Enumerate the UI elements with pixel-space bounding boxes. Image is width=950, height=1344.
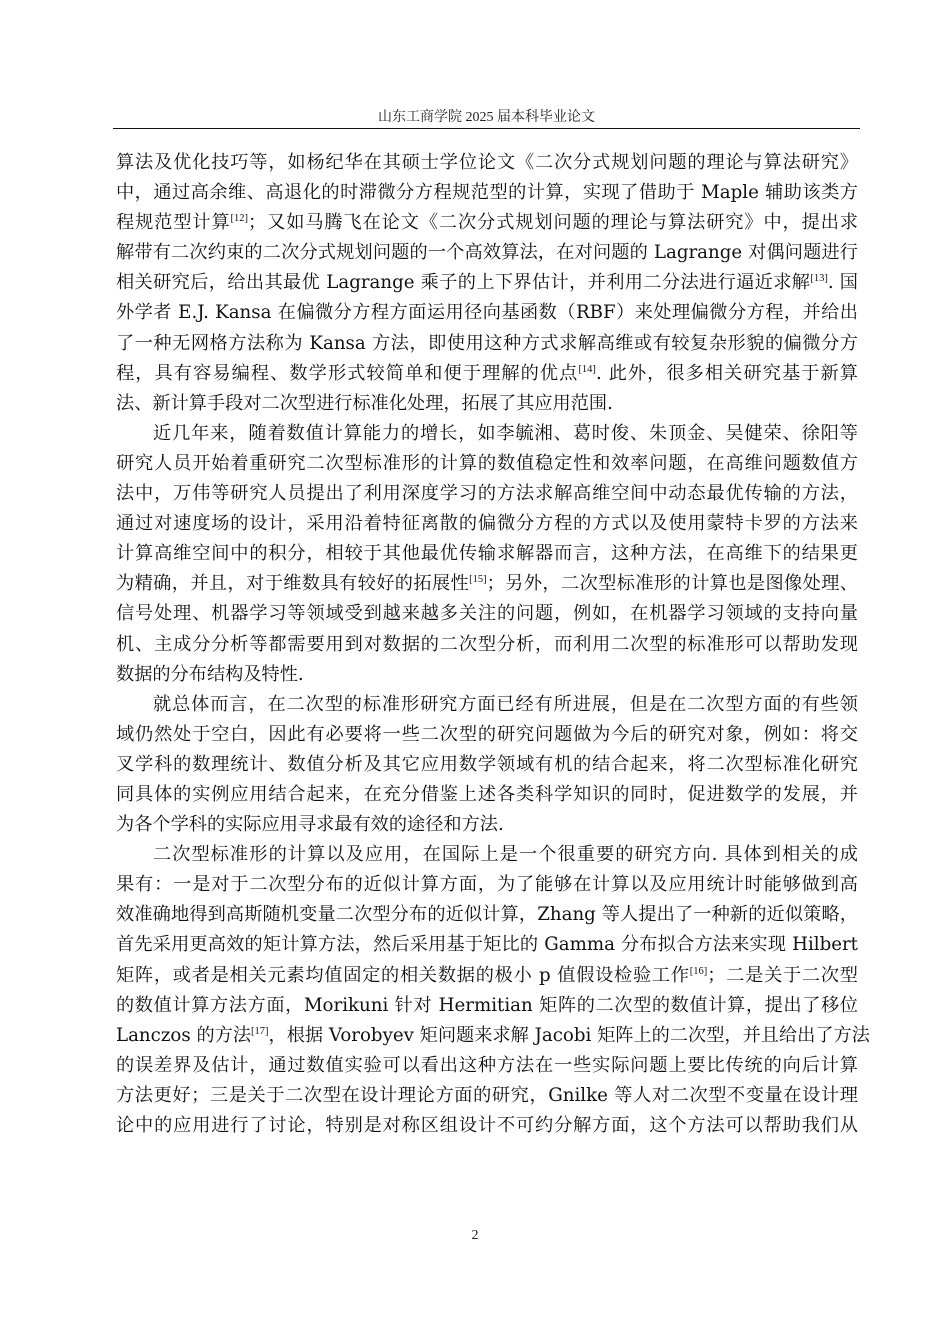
text-run: 法中，万伟等研究人员提出了利用深度学习的方法求解高维空间中动态最优传输的方法， [116, 483, 858, 504]
text-run: 同具体的实例应用结合起来，在充分借鉴上述各类科学知识的同时，促进数学的发展，并 [116, 784, 858, 805]
text-line: 论中的应用进行了讨论，特别是对称区组设计不可约分解方面，这个方法可以帮助我们从 [116, 1111, 858, 1141]
citation-ref: [15] [469, 574, 487, 585]
text-run: 数据的分布结构及特性. [116, 664, 304, 685]
header-rule [113, 128, 860, 129]
text-run: 程，具有容易编程、数学形式较简单和便于理解的优点 [116, 363, 578, 384]
text-run: 效准确地得到高斯随机变量二次型分布的近似计算，Zhang 等人提出了一种新的近似… [116, 904, 858, 925]
text-line: 信号处理、机器学习等领域受到越来越多关注的问题，例如，在机器学习领域的支持向量 [116, 599, 858, 629]
text-run: 研究人员开始着重研究二次型标准形的计算的数值稳定性和效率问题，在高维问题数值方 [116, 453, 858, 474]
text-run: 解带有二次约束的二次分式规划问题的一个高效算法，在对问题的 Lagrange 对… [116, 242, 858, 263]
text-run: . 此外，很多相关研究基于新算 [596, 363, 858, 384]
citation-ref: [17] [251, 1026, 269, 1037]
citation-ref: [14] [578, 364, 596, 375]
text-line: 近几年来，随着数值计算能力的增长，如李毓湘、葛时俊、朱顶金、吴健荣、徐阳等 [116, 419, 858, 449]
body-text: 算法及优化技巧等，如杨纪华在其硕士学位论文《二次分式规划问题的理论与算法研究》中… [116, 148, 858, 1141]
text-run: 方法更好；三是关于二次型在设计理论方面的研究，Gnilke 等人对二次型不变量在… [116, 1085, 858, 1106]
text-run: 就总体而言，在二次型的标准形研究方面已经有所进展，但是在二次型方面的有些领 [153, 694, 858, 715]
text-run: 的误差界及估计，通过数值实验可以看出这种方法在一些实际问题上要比传统的向后计算 [116, 1055, 858, 1076]
text-line: 算法及优化技巧等，如杨纪华在其硕士学位论文《二次分式规划问题的理论与算法研究》 [116, 148, 858, 178]
text-run: 二次型标准形的计算以及应用，在国际上是一个很重要的研究方向. 具体到相关的成 [153, 844, 858, 865]
text-line: 叉学科的数理统计、数值分析及其它应用数学领域有机的结合起来，将二次型标准化研究 [116, 750, 858, 780]
text-run: 为各个学科的实际应用寻求最有效的途径和方法. [116, 814, 504, 835]
text-run: 中，通过高余维、高退化的时滞微分方程规范型的计算，实现了借助于 Maple 辅助… [116, 182, 858, 203]
text-line: 机、主成分分析等都需要用到对数据的二次型分析，而利用二次型的标准形可以帮助发现 [116, 630, 858, 660]
text-line: 外学者 E.J. Kansa 在偏微分方程方面运用径向基函数（RBF）来处理偏微… [116, 298, 858, 328]
text-run: 相关研究后，给出其最优 Lagrange 乘子的上下界估计，并利用二分法进行逼近… [116, 272, 810, 293]
text-run: 信号处理、机器学习等领域受到越来越多关注的问题，例如，在机器学习领域的支持向量 [116, 603, 858, 624]
text-line: 二次型标准形的计算以及应用，在国际上是一个很重要的研究方向. 具体到相关的成 [116, 840, 858, 870]
page-number: 2 [0, 1228, 950, 1244]
text-run: ；又如马腾飞在论文《二次分式规划问题的理论与算法研究》中，提出求 [248, 212, 858, 233]
running-header: 山东工商学院 2025 届本科毕业论文 [113, 106, 860, 126]
text-run: 了一种无网格方法称为 Kansa 方法，即使用这种方式求解高维或有较复杂形貌的偏… [116, 333, 858, 354]
text-line: 计算高维空间中的积分，相较于其他最优传输求解器而言，这种方法，在高维下的结果更 [116, 539, 858, 569]
text-line: 为各个学科的实际应用寻求最有效的途径和方法. [116, 810, 858, 840]
text-run: 计算高维空间中的积分，相较于其他最优传输求解器而言，这种方法，在高维下的结果更 [116, 543, 858, 564]
text-line: 效准确地得到高斯随机变量二次型分布的近似计算，Zhang 等人提出了一种新的近似… [116, 900, 858, 930]
text-run: 为精确，并且，对于维数具有较好的拓展性 [116, 573, 469, 594]
text-run: 法、新计算手段对二次型进行标准化处理，拓展了其应用范围. [116, 393, 613, 414]
text-run: 机、主成分分析等都需要用到对数据的二次型分析，而利用二次型的标准形可以帮助发现 [116, 634, 858, 655]
text-line: 方法更好；三是关于二次型在设计理论方面的研究，Gnilke 等人对二次型不变量在… [116, 1081, 858, 1111]
text-line: 中，通过高余维、高退化的时滞微分方程规范型的计算，实现了借助于 Maple 辅助… [116, 178, 858, 208]
text-line: Lanczos 的方法[17]，根据 Vorobyev 矩问题来求解 Jacob… [116, 1021, 858, 1051]
text-run: 果有：一是对于二次型分布的近似计算方面，为了能够在计算以及应用统计时能够做到高 [116, 874, 858, 895]
text-run: . 国 [828, 272, 858, 293]
text-run: 外学者 E.J. Kansa 在偏微分方程方面运用径向基函数（RBF）来处理偏微… [116, 302, 858, 323]
text-run: 域仍然处于空白，因此有必要将一些二次型的研究问题做为今后的研究对象，例如：将交 [116, 724, 858, 745]
text-run: Lanczos 的方法 [116, 1025, 251, 1046]
text-run: 首先采用更高效的矩计算方法，然后采用基于矩比的 Gamma 分布拟合方法来实现 … [116, 934, 858, 955]
citation-ref: [12] [231, 213, 249, 224]
text-line: 法中，万伟等研究人员提出了利用深度学习的方法求解高维空间中动态最优传输的方法， [116, 479, 858, 509]
text-run: 近几年来，随着数值计算能力的增长，如李毓湘、葛时俊、朱顶金、吴健荣、徐阳等 [153, 423, 858, 444]
text-run: 的数值计算方法方面，Morikuni 针对 Hermitian 矩阵的二次型的数… [116, 995, 858, 1016]
text-run: ；另外，二次型标准形的计算也是图像处理、 [487, 573, 858, 594]
text-line: 矩阵，或者是相关元素均值固定的相关数据的极小 p 值假设检验工作[16]；二是关… [116, 961, 858, 991]
text-line: 程，具有容易编程、数学形式较简单和便于理解的优点[14]. 此外，很多相关研究基… [116, 359, 858, 389]
text-line: 程规范型计算[12]；又如马腾飞在论文《二次分式规划问题的理论与算法研究》中，提… [116, 208, 858, 238]
text-run: 矩阵，或者是相关元素均值固定的相关数据的极小 p 值假设检验工作 [116, 965, 690, 986]
text-run: ；二是关于二次型 [707, 965, 858, 986]
text-line: 为精确，并且，对于维数具有较好的拓展性[15]；另外，二次型标准形的计算也是图像… [116, 569, 858, 599]
text-line: 首先采用更高效的矩计算方法，然后采用基于矩比的 Gamma 分布拟合方法来实现 … [116, 930, 858, 960]
text-line: 了一种无网格方法称为 Kansa 方法，即使用这种方式求解高维或有较复杂形貌的偏… [116, 329, 858, 359]
text-line: 数据的分布结构及特性. [116, 660, 858, 690]
text-line: 通过对速度场的设计，采用沿着特征离散的偏微分方程的方式以及使用蒙特卡罗的方法来 [116, 509, 858, 539]
text-line: 法、新计算手段对二次型进行标准化处理，拓展了其应用范围. [116, 389, 858, 419]
text-line: 果有：一是对于二次型分布的近似计算方面，为了能够在计算以及应用统计时能够做到高 [116, 870, 858, 900]
text-line: 域仍然处于空白，因此有必要将一些二次型的研究问题做为今后的研究对象，例如：将交 [116, 720, 858, 750]
text-run: 算法及优化技巧等，如杨纪华在其硕士学位论文《二次分式规划问题的理论与算法研究》 [116, 152, 858, 173]
citation-ref: [13] [810, 273, 828, 284]
text-line: 解带有二次约束的二次分式规划问题的一个高效算法，在对问题的 Lagrange 对… [116, 238, 858, 268]
text-line: 的数值计算方法方面，Morikuni 针对 Hermitian 矩阵的二次型的数… [116, 991, 858, 1021]
text-line: 相关研究后，给出其最优 Lagrange 乘子的上下界估计，并利用二分法进行逼近… [116, 268, 858, 298]
text-run: ，根据 Vorobyev 矩问题来求解 Jacobi 矩阵上的二次型，并且给出了… [269, 1025, 870, 1046]
citation-ref: [16] [690, 966, 708, 977]
text-run: 论中的应用进行了讨论，特别是对称区组设计不可约分解方面，这个方法可以帮助我们从 [116, 1115, 858, 1136]
text-line: 的误差界及估计，通过数值实验可以看出这种方法在一些实际问题上要比传统的向后计算 [116, 1051, 858, 1081]
text-run: 程规范型计算 [116, 212, 231, 233]
text-run: 通过对速度场的设计，采用沿着特征离散的偏微分方程的方式以及使用蒙特卡罗的方法来 [116, 513, 858, 534]
text-line: 就总体而言，在二次型的标准形研究方面已经有所进展，但是在二次型方面的有些领 [116, 690, 858, 720]
text-line: 同具体的实例应用结合起来，在充分借鉴上述各类科学知识的同时，促进数学的发展，并 [116, 780, 858, 810]
text-run: 叉学科的数理统计、数值分析及其它应用数学领域有机的结合起来，将二次型标准化研究 [116, 754, 858, 775]
text-line: 研究人员开始着重研究二次型标准形的计算的数值稳定性和效率问题，在高维问题数值方 [116, 449, 858, 479]
